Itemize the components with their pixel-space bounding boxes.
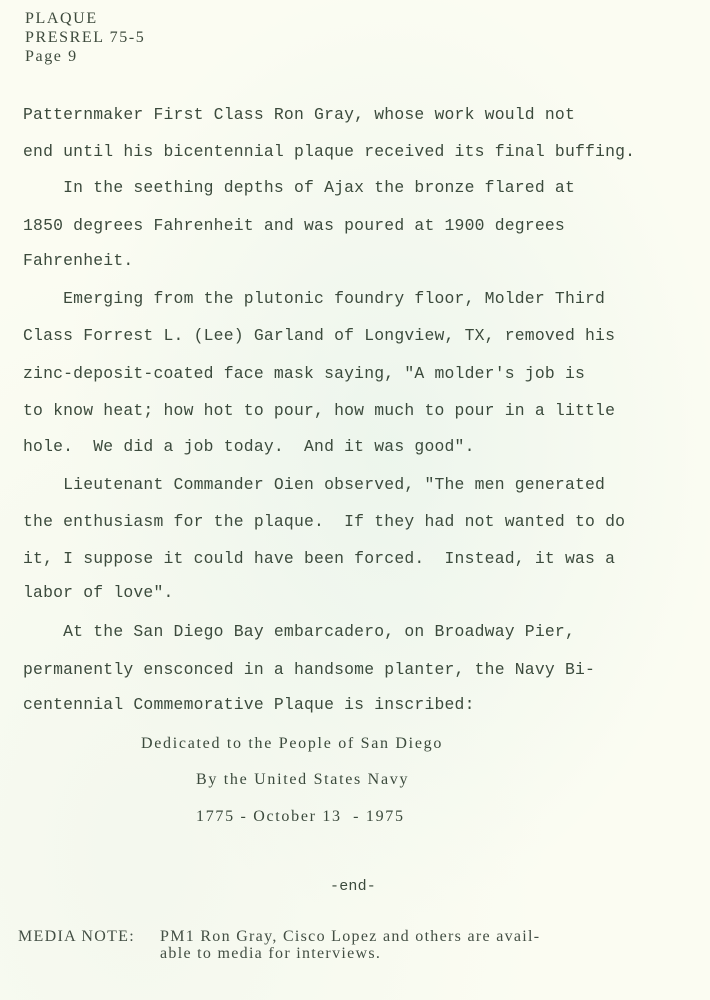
- header-title: PLAQUE: [25, 11, 98, 27]
- body-line: permanently ensconced in a handsome plan…: [23, 662, 595, 678]
- body-line: In the seething depths of Ajax the bronz…: [23, 180, 575, 196]
- media-note-label: MEDIA NOTE:: [18, 929, 135, 945]
- body-line: hole. We did a job today. And it was goo…: [23, 439, 475, 455]
- body-line: Patternmaker First Class Ron Gray, whose…: [23, 107, 575, 123]
- body-line: zinc-deposit-coated face mask saying, "A…: [23, 366, 585, 382]
- body-line: Emerging from the plutonic foundry floor…: [23, 291, 605, 307]
- header-page-number: Page 9: [25, 49, 78, 65]
- press-release-page: PLAQUE PRESREL 75-5 Page 9 Patternmaker …: [0, 0, 710, 1000]
- inscription-dates: 1775 - October 13 - 1975: [196, 809, 405, 825]
- body-line: centennial Commemorative Plaque is inscr…: [23, 697, 475, 713]
- body-line: Fahrenheit.: [23, 253, 133, 269]
- inscription-by-navy: By the United States Navy: [196, 772, 409, 788]
- body-line: Class Forrest L. (Lee) Garland of Longvi…: [23, 328, 615, 344]
- body-line: labor of love".: [23, 585, 174, 601]
- body-line: At the San Diego Bay embarcadero, on Bro…: [23, 624, 575, 640]
- media-note-line: PM1 Ron Gray, Cisco Lopez and others are…: [160, 929, 540, 945]
- end-mark: -end-: [330, 879, 376, 894]
- body-line: the enthusiasm for the plaque. If they h…: [23, 514, 625, 530]
- inscription-dedication: Dedicated to the People of San Diego: [141, 736, 443, 752]
- header-release-number: PRESREL 75-5: [25, 30, 145, 46]
- media-note-line: able to media for interviews.: [160, 946, 381, 962]
- body-line: it, I suppose it could have been forced.…: [23, 551, 615, 567]
- body-line: 1850 degrees Fahrenheit and was poured a…: [23, 218, 565, 234]
- body-line: to know heat; how hot to pour, how much …: [23, 403, 615, 419]
- body-line: end until his bicentennial plaque receiv…: [23, 144, 635, 160]
- body-line: Lieutenant Commander Oien observed, "The…: [23, 477, 605, 493]
